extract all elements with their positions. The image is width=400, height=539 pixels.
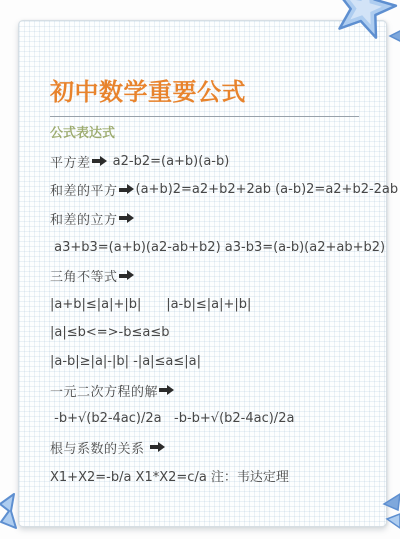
formula-row: -b+√(b2-4ac)/2a -b-b+√(b2-4ac)/2a [50, 404, 359, 433]
row-formula: |a|≤b<=>-b≤a≤b [50, 325, 170, 340]
right-arrow-icon [119, 184, 134, 195]
row-formula: |a+b|≤|a|+|b| |a-b|≤|a|+|b| [50, 297, 251, 312]
row-label: 一元二次方程的解 [50, 381, 158, 400]
formula-row: a3+b3=(a+b)(a2-ab+b2) a3-b3=(a-b)(a2+ab+… [50, 233, 359, 262]
row-formula: a3+b3=(a+b)(a2-ab+b2) a3-b3=(a-b)(a2+ab+… [50, 240, 385, 255]
star-clip-fragment-icon [382, 492, 400, 532]
right-arrow-icon [119, 213, 134, 224]
section-label: 公式表达式 [50, 125, 359, 142]
formula-row: 和差的立方 [50, 204, 359, 233]
row-formula: X1+X2=-b/a X1*X2=c/a 注：韦达定理 [50, 466, 289, 485]
row-formula: (a+b)2=a2+b2+2ab (a-b)2=a2+b2-2ab [136, 182, 399, 197]
formula-row: |a+b|≤|a|+|b| |a-b|≤|a|+|b| [50, 290, 359, 319]
row-label: 平方差 [50, 152, 91, 171]
row-label: 和差的立方 [50, 209, 118, 228]
formula-row: 三角不等式 [50, 261, 359, 290]
title-divider [50, 116, 359, 117]
row-label: 三角不等式 [50, 266, 118, 285]
row-formula: -b+√(b2-4ac)/2a -b-b+√(b2-4ac)/2a [50, 411, 294, 426]
row-formula: |a-b|≥|a|-|b| -|a|≤a≤|a| [50, 354, 201, 369]
right-arrow-icon [150, 442, 165, 453]
formula-list: 平方差 a2-b2=(a+b)(a-b) 和差的平方(a+b)2=a2+b2+2… [50, 147, 359, 490]
card-content: 初中数学重要公式 公式表达式 平方差 a2-b2=(a+b)(a-b) 和差的平… [50, 21, 359, 490]
formula-row: |a|≤b<=>-b≤a≤b [50, 319, 359, 348]
row-label: 和差的平方 [50, 180, 118, 199]
formula-card: 初中数学重要公式 公式表达式 平方差 a2-b2=(a+b)(a-b) 和差的平… [18, 20, 387, 527]
formula-row: X1+X2=-b/a X1*X2=c/a 注：韦达定理 [50, 462, 359, 491]
right-arrow-icon [92, 156, 107, 167]
formula-row: |a-b|≥|a|-|b| -|a|≤a≤|a| [50, 347, 359, 376]
page: 初中数学重要公式 公式表达式 平方差 a2-b2=(a+b)(a-b) 和差的平… [0, 0, 400, 539]
page-title: 初中数学重要公式 [50, 77, 359, 107]
formula-row: 根与系数的关系 [50, 433, 359, 462]
row-label: 根与系数的关系 [50, 438, 149, 457]
right-arrow-icon [119, 270, 134, 281]
row-formula: a2-b2=(a+b)(a-b) [109, 154, 230, 169]
right-arrow-icon [159, 385, 174, 396]
star-clip-fragment-icon [0, 492, 22, 532]
star-clip-icon [318, 0, 400, 64]
formula-row: 一元二次方程的解 [50, 376, 359, 405]
formula-row: 平方差 a2-b2=(a+b)(a-b) [50, 147, 359, 176]
formula-row: 和差的平方(a+b)2=a2+b2+2ab (a-b)2=a2+b2-2ab [50, 176, 359, 205]
